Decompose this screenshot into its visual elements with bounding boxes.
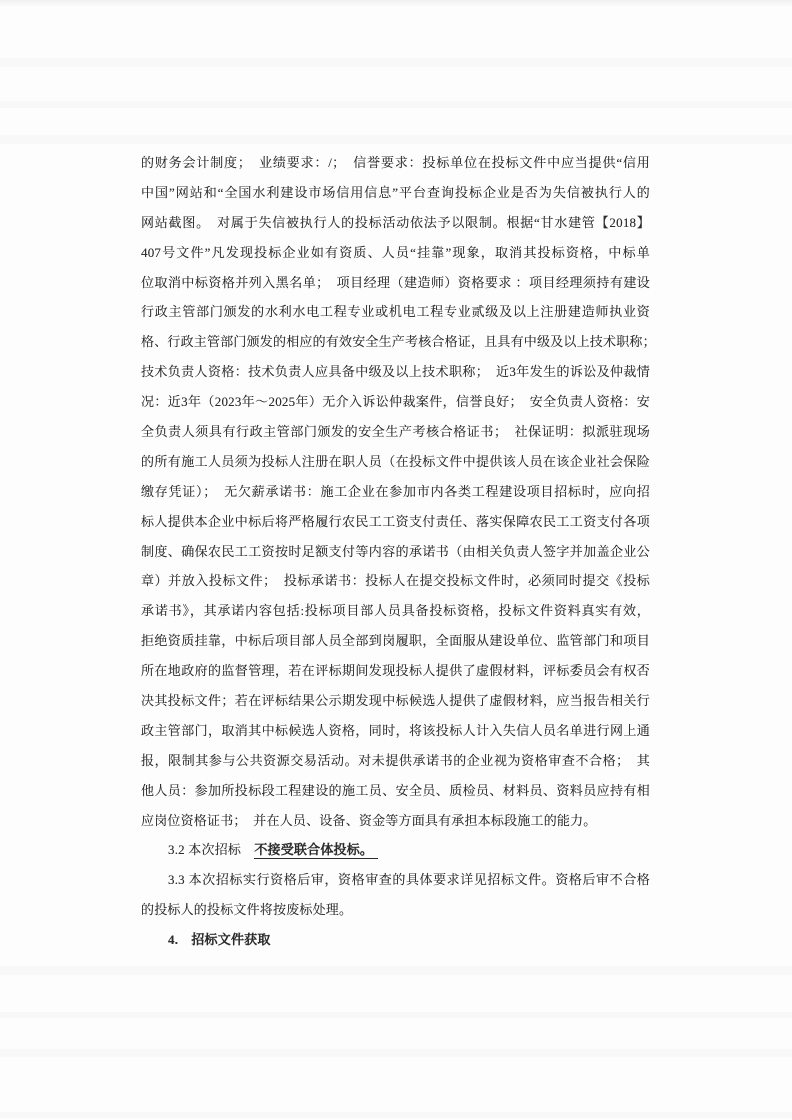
scan-streak: [0, 1049, 792, 1057]
scan-edge-shade: [0, 0, 792, 7]
text-line: 的所有施工人员须为投标人注册在职人员（在投标文件中提供该人员在该企业社会保险: [141, 447, 650, 477]
clause-3-2-text: 3.2 本次招标: [168, 842, 254, 857]
scan-streak: [0, 135, 792, 144]
clause-3-2-line: 3.2 本次招标 不接受联合体投标。: [141, 835, 650, 865]
text-line: 中国”网站和“全国水利建设市场信用信息”平台查询投标企业是否为失信被执行人的: [141, 178, 650, 208]
document-page: 的财务会计制度； 业绩要求：/； 信誉要求：投标单位在投标文件中应当提供“信用 …: [0, 0, 792, 1120]
section-4-heading: 4. 招标文件获取: [141, 925, 650, 955]
text-line: 标人提供本企业中标后将严格履行农民工工资支付责任、落实保障农民工工资支付各项: [141, 507, 650, 537]
scan-streak: [0, 1112, 792, 1118]
text-line: 的投标人的投标文件将按废标处理。: [141, 895, 650, 925]
text-line: 报，限制其参与公共资源交易活动。对未提供承诺书的企业视为资格审查不合格； 其: [141, 746, 650, 776]
text-line: 技术负责人资格：技术负责人应具备中级及以上技术职称； 近3年发生的诉讼及仲裁情: [141, 357, 650, 387]
text-line: 章）并放入投标文件； 投标承诺书：投标人在提交投标文件时，必须同时提交《投标: [141, 566, 650, 596]
text-line: 拒绝资质挂靠，中标后项目部人员全部到岗履职，全面服从建设单位、监管部门和项目: [141, 626, 650, 656]
document-text: 的财务会计制度； 业绩要求：/； 信誉要求：投标单位在投标文件中应当提供“信用 …: [141, 148, 650, 955]
text-line: 格、行政主管部门颁发的相应的有效安全生产考核合格证，且具有中级及以上技术职称；: [141, 327, 650, 357]
text-line: 全负责人须具有行政主管部门颁发的安全生产考核合格证书； 社保证明：拟派驻现场: [141, 417, 650, 447]
text-line: 407号文件”凡发现投标企业如有资质、人员“挂靠”现象，取消其投标资格，中标单: [141, 238, 650, 268]
scan-streak: [0, 966, 792, 975]
text-line: 应岗位资格证书； 并在人员、设备、资金等方面具有承担本标段施工的能力。: [141, 806, 650, 836]
text-line: 况：近3年（2023年～2025年）无介入诉讼仲裁案件，信誉良好； 安全负责人资…: [141, 387, 650, 417]
text-line: 网站截图。 对属于失信被执行人的投标活动依法予以限制。根据“甘水建管【2018】: [141, 208, 650, 238]
no-joint-bid-emphasis: 不接受联合体投标。: [254, 842, 378, 859]
text-line: 的财务会计制度； 业绩要求：/； 信誉要求：投标单位在投标文件中应当提供“信用: [141, 148, 650, 178]
text-line: 承诺书》，其承诺内容包括:投标项目部人员具备投标资格，投标文件资料真实有效，: [141, 596, 650, 626]
scan-streak: [0, 58, 792, 67]
text-line: 决其投标文件；若在评标结果公示期发现中标候选人提供了虚假材料，应当报告相关行: [141, 686, 650, 716]
text-line: 缴存凭证）； 无欠薪承诺书：施工企业在参加市内各类工程建设项目招标时，应向招: [141, 477, 650, 507]
text-line: 所在地政府的监督管理，若在评标期间发现投标人提供了虚假材料，评标委员会有权否: [141, 656, 650, 686]
text-line: 位取消中标资格并列入黑名单； 项目经理（建造师）资格要求 ：项目经理须持有建设: [141, 268, 650, 298]
scan-streak: [0, 1012, 792, 1018]
text-line: 他人员：参加所投标段工程建设的施工员、安全员、质检员、材料员、资料员应持有相: [141, 776, 650, 806]
text-line: 制度、确保农民工工资按时足额支付等内容的承诺书（由相关负责人签字并加盖企业公: [141, 537, 650, 567]
text-line: 政主管部门，取消其中标候选人资格，同时，将该投标人计入失信人员名单进行网上通: [141, 716, 650, 746]
scan-streak: [0, 101, 792, 108]
clause-3-3-line: 3.3 本次招标实行资格后审，资格审查的具体要求详见招标文件。资格后审不合格: [141, 865, 650, 895]
text-line: 行政主管部门颁发的水利水电工程专业或机电工程专业贰级及以上注册建造师执业资: [141, 297, 650, 327]
